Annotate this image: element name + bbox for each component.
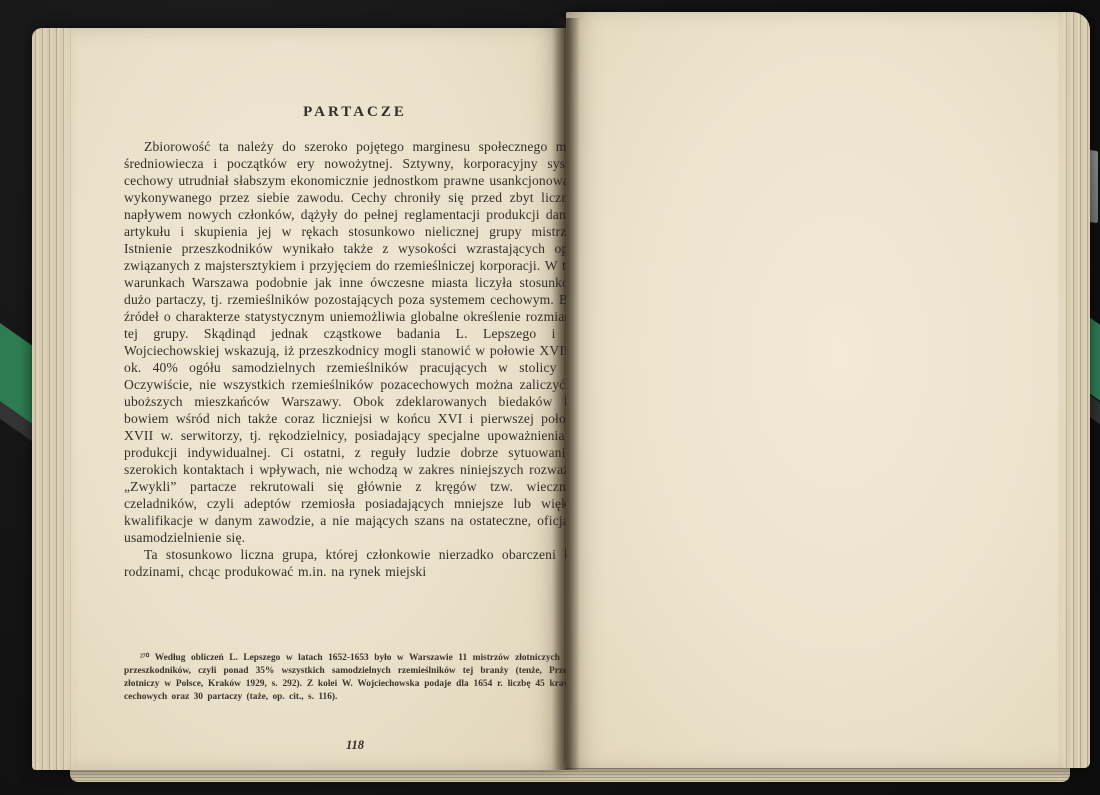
page-left-body: Zbiorowość ta należy do szeroko pojętego… [124, 138, 586, 580]
paragraph: Zbiorowość ta należy do szeroko pojętego… [124, 138, 586, 546]
book-gutter [552, 18, 580, 770]
page-right: szukała najczęściej protekcji osób nie p… [566, 12, 1090, 768]
page-number-left: 118 [124, 738, 586, 753]
page-stack-edge-right [1056, 12, 1090, 768]
page-left-footnotes: ²⁷⁰ Według obliczeń L. Lepszego w latach… [124, 652, 586, 704]
page-left-content: PARTACZE Zbiorowość ta należy do szeroko… [124, 104, 586, 580]
footnote: ²⁷⁰ Według obliczeń L. Lepszego w latach… [124, 652, 586, 704]
paragraph: Ta stosunkowo liczna grupa, której człon… [124, 546, 586, 580]
chapter-title: PARTACZE [124, 104, 586, 121]
page-stack-edge-left [32, 28, 78, 770]
book-photo-scene: PARTACZE Zbiorowość ta należy do szeroko… [0, 0, 1100, 795]
page-left: PARTACZE Zbiorowość ta należy do szeroko… [32, 28, 566, 770]
